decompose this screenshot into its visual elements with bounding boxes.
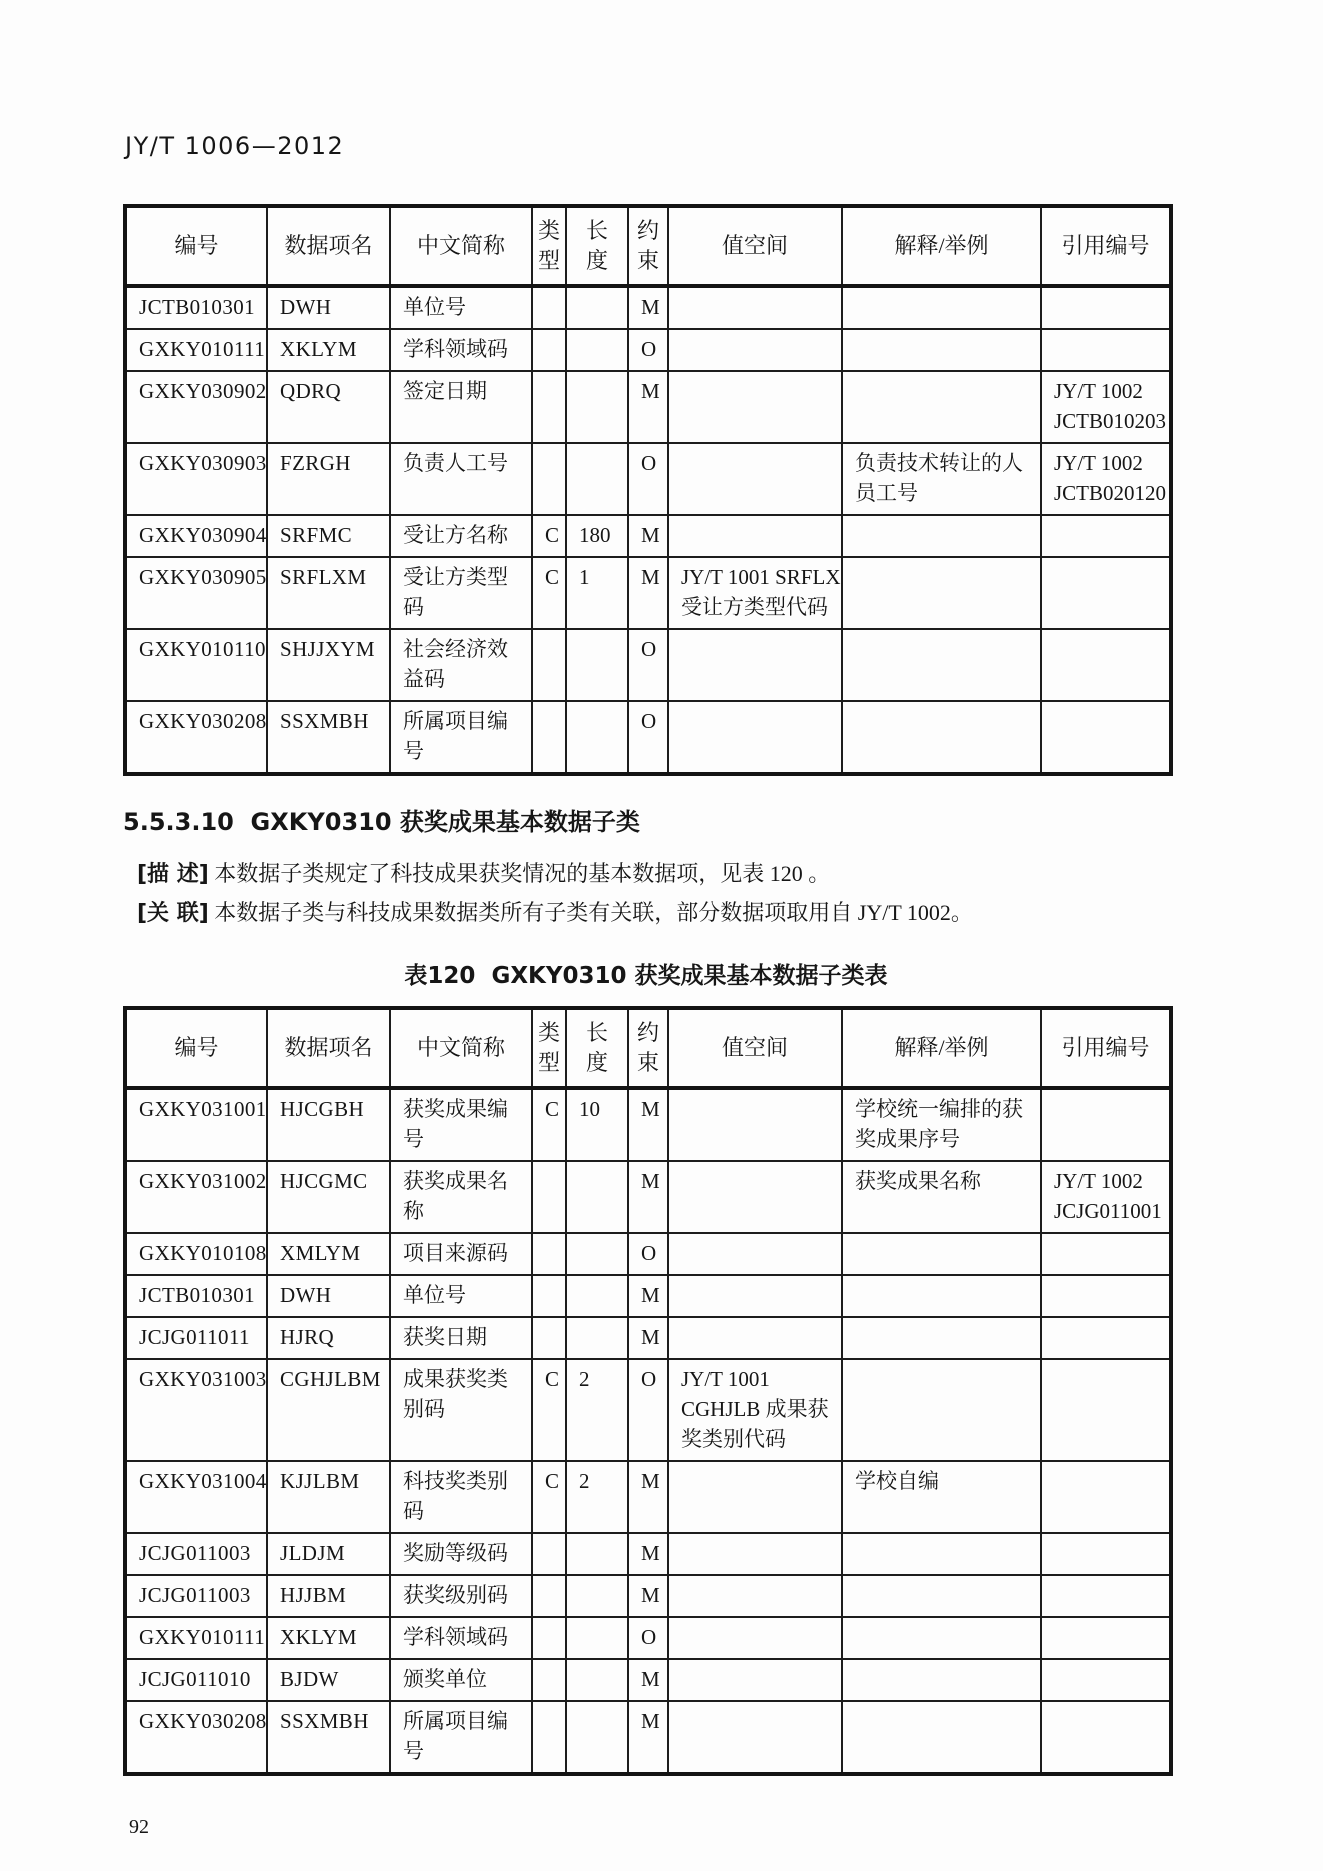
- cell-col5: O: [628, 1233, 668, 1275]
- cell-col8: [1041, 1461, 1171, 1533]
- relation-text: 本数据子类与科技成果数据类所有子类有关联，部分数据项取用自 JY/T 1002。: [209, 900, 973, 925]
- cell-col7: [842, 329, 1041, 371]
- cell-col3: C: [532, 1088, 566, 1161]
- cell-col7: 获奖成果名称: [842, 1161, 1041, 1233]
- cell-col1: DWH: [267, 286, 390, 329]
- cell-col6: [668, 1317, 842, 1359]
- table-row: JCTB010301DWH单位号M: [125, 286, 1171, 329]
- cell-col5: O: [628, 329, 668, 371]
- column-header: 长度: [566, 1008, 628, 1088]
- cell-col8: [1041, 286, 1171, 329]
- cell-col3: C: [532, 557, 566, 629]
- cell-col1: KJJLBM: [267, 1461, 390, 1533]
- cell-col1: SSXMBH: [267, 1701, 390, 1774]
- cell-col1: JLDJM: [267, 1533, 390, 1575]
- column-header: 值空间: [668, 1008, 842, 1088]
- cell-col0: JCTB010301: [125, 1275, 267, 1317]
- cell-col0: GXKY010110: [125, 629, 267, 701]
- cell-col5: M: [628, 286, 668, 329]
- page-content: JY/T 1006—2012 编号数据项名中文简称类型长度约束值空间解释/举例引…: [123, 132, 1169, 1839]
- cell-col2: 学科领域码: [390, 329, 532, 371]
- column-header: 中文简称: [390, 1008, 532, 1088]
- cell-col1: HJJBM: [267, 1575, 390, 1617]
- cell-col1: BJDW: [267, 1659, 390, 1701]
- cell-col6: [668, 1533, 842, 1575]
- cell-col7: [842, 515, 1041, 557]
- cell-col6: [668, 1088, 842, 1161]
- cell-col2: 获奖成果名称: [390, 1161, 532, 1233]
- cell-col2: 奖励等级码: [390, 1533, 532, 1575]
- cell-col4: [566, 629, 628, 701]
- table-row: GXKY030902QDRQ签定日期MJY/T 1002JCTB010203: [125, 371, 1171, 443]
- cell-col4: 10: [566, 1088, 628, 1161]
- cell-col3: [532, 286, 566, 329]
- cell-col4: [566, 1161, 628, 1233]
- cell-col2: 获奖成果编号: [390, 1088, 532, 1161]
- cell-col5: O: [628, 1617, 668, 1659]
- column-header: 约束: [628, 1008, 668, 1088]
- cell-col0: JCJG011003: [125, 1575, 267, 1617]
- cell-col4: 2: [566, 1359, 628, 1461]
- cell-col5: M: [628, 1161, 668, 1233]
- cell-col7: [842, 371, 1041, 443]
- table-row: GXKY031002HJCGMC获奖成果名称M获奖成果名称JY/T 1002JC…: [125, 1161, 1171, 1233]
- cell-col2: 获奖日期: [390, 1317, 532, 1359]
- cell-col6: [668, 1575, 842, 1617]
- column-header: 类型: [532, 206, 566, 286]
- cell-col7: 学校自编: [842, 1461, 1041, 1533]
- cell-col5: M: [628, 1575, 668, 1617]
- data-subclass-table-2: 编号数据项名中文简称类型长度约束值空间解释/举例引用编号GXKY031001HJ…: [123, 1006, 1173, 1776]
- cell-col7: [842, 1659, 1041, 1701]
- table-row: GXKY030903FZRGH负责人工号O负责技术转让的人员工号JY/T 100…: [125, 443, 1171, 515]
- section-heading: 5.5.3.10 GXKY0310 获奖成果基本数据子类: [123, 802, 1169, 837]
- doc-code: JY/T 1006—2012: [125, 132, 1169, 160]
- cell-col2: 签定日期: [390, 371, 532, 443]
- cell-col1: HJCGBH: [267, 1088, 390, 1161]
- cell-col4: [566, 1317, 628, 1359]
- table-row: GXKY030905SRFLXM受让方类型码C1MJY/T 1001 SRFLX…: [125, 557, 1171, 629]
- table-row: GXKY010108XMLYM项目来源码O: [125, 1233, 1171, 1275]
- table-caption: 表120 GXKY0310 获奖成果基本数据子类表: [123, 957, 1169, 990]
- cell-col6: [668, 1701, 842, 1774]
- table-row: GXKY031004KJJLBM科技奖类别码C2M学校自编: [125, 1461, 1171, 1533]
- cell-col8: JY/T 1002JCTB010203: [1041, 371, 1171, 443]
- cell-col6: [668, 443, 842, 515]
- cell-col8: [1041, 1659, 1171, 1701]
- cell-col7: [842, 1317, 1041, 1359]
- page-number: 92: [129, 1816, 1169, 1839]
- table-row: JCJG011003HJJBM获奖级别码M: [125, 1575, 1171, 1617]
- cell-col4: [566, 1617, 628, 1659]
- column-header: 编号: [125, 206, 267, 286]
- cell-col6: [668, 1659, 842, 1701]
- cell-col0: GXKY010111: [125, 1617, 267, 1659]
- cell-col1: QDRQ: [267, 371, 390, 443]
- cell-col8: [1041, 557, 1171, 629]
- cell-col0: JCJG011010: [125, 1659, 267, 1701]
- cell-col2: 科技奖类别码: [390, 1461, 532, 1533]
- cell-col8: [1041, 1275, 1171, 1317]
- column-header: 值空间: [668, 206, 842, 286]
- table-row: GXKY010110SHJJXYM社会经济效益码O: [125, 629, 1171, 701]
- cell-col8: JY/T 1002JCJG011001: [1041, 1161, 1171, 1233]
- cell-col8: [1041, 515, 1171, 557]
- cell-col7: [842, 1575, 1041, 1617]
- cell-col3: [532, 1701, 566, 1774]
- cell-col6: [668, 286, 842, 329]
- cell-col7: [842, 629, 1041, 701]
- cell-col6: [668, 329, 842, 371]
- cell-col0: GXKY030904: [125, 515, 267, 557]
- cell-col6: [668, 701, 842, 774]
- cell-col0: GXKY030208: [125, 701, 267, 774]
- cell-col7: [842, 1617, 1041, 1659]
- cell-col3: [532, 1233, 566, 1275]
- column-header: 解释/举例: [842, 1008, 1041, 1088]
- column-header: 类型: [532, 1008, 566, 1088]
- description-text: 本数据子类规定了科技成果获奖情况的基本数据项，见表 120 。: [209, 861, 831, 886]
- cell-col5: M: [628, 1275, 668, 1317]
- cell-col7: 负责技术转让的人员工号: [842, 443, 1041, 515]
- cell-col1: XMLYM: [267, 1233, 390, 1275]
- cell-col3: [532, 629, 566, 701]
- cell-col1: DWH: [267, 1275, 390, 1317]
- column-header: 引用编号: [1041, 206, 1171, 286]
- cell-col8: [1041, 1701, 1171, 1774]
- cell-col0: GXKY031002: [125, 1161, 267, 1233]
- cell-col2: 所属项目编号: [390, 701, 532, 774]
- cell-col8: [1041, 329, 1171, 371]
- table-row: JCTB010301DWH单位号M: [125, 1275, 1171, 1317]
- cell-col3: [532, 1575, 566, 1617]
- cell-col5: O: [628, 1359, 668, 1461]
- cell-col1: XKLYM: [267, 329, 390, 371]
- cell-col5: M: [628, 1461, 668, 1533]
- cell-col6: [668, 1275, 842, 1317]
- cell-col7: [842, 1275, 1041, 1317]
- header-row: 编号数据项名中文简称类型长度约束值空间解释/举例引用编号: [125, 1008, 1171, 1088]
- cell-col4: [566, 286, 628, 329]
- column-header: 数据项名: [267, 1008, 390, 1088]
- relation-paragraph: [关 联] 本数据子类与科技成果数据类所有子类有关联，部分数据项取用自 JY/T…: [137, 896, 1169, 931]
- cell-col0: GXKY010111: [125, 329, 267, 371]
- cell-col6: JY/T 1001CGHJLB 成果获奖类别代码: [668, 1359, 842, 1461]
- cell-col2: 单位号: [390, 1275, 532, 1317]
- cell-col3: [532, 1161, 566, 1233]
- cell-col6: [668, 515, 842, 557]
- cell-col8: [1041, 629, 1171, 701]
- column-header: 编号: [125, 1008, 267, 1088]
- table-row: GXKY030904SRFMC受让方名称C180M: [125, 515, 1171, 557]
- description-paragraph: [描 述] 本数据子类规定了科技成果获奖情况的基本数据项，见表 120 。: [137, 857, 1169, 892]
- cell-col2: 学科领域码: [390, 1617, 532, 1659]
- cell-col8: [1041, 1359, 1171, 1461]
- cell-col0: GXKY031003: [125, 1359, 267, 1461]
- cell-col4: 1: [566, 557, 628, 629]
- cell-col1: FZRGH: [267, 443, 390, 515]
- cell-col4: [566, 443, 628, 515]
- cell-col5: O: [628, 629, 668, 701]
- cell-col2: 颁奖单位: [390, 1659, 532, 1701]
- table-row: JCJG011010BJDW颁奖单位M: [125, 1659, 1171, 1701]
- cell-col5: O: [628, 443, 668, 515]
- cell-col7: [842, 1533, 1041, 1575]
- cell-col2: 社会经济效益码: [390, 629, 532, 701]
- cell-col3: [532, 1317, 566, 1359]
- cell-col2: 负责人工号: [390, 443, 532, 515]
- cell-col5: M: [628, 515, 668, 557]
- cell-col4: 2: [566, 1461, 628, 1533]
- cell-col1: SSXMBH: [267, 701, 390, 774]
- cell-col6: [668, 1617, 842, 1659]
- cell-col5: M: [628, 371, 668, 443]
- cell-col5: M: [628, 557, 668, 629]
- cell-col8: [1041, 1617, 1171, 1659]
- table-row: GXKY010111XKLYM学科领域码O: [125, 1617, 1171, 1659]
- cell-col7: [842, 701, 1041, 774]
- column-header: 约束: [628, 206, 668, 286]
- cell-col7: 学校统一编排的获奖成果序号: [842, 1088, 1041, 1161]
- cell-col2: 项目来源码: [390, 1233, 532, 1275]
- cell-col0: GXKY030208: [125, 1701, 267, 1774]
- cell-col3: [532, 1617, 566, 1659]
- cell-col1: HJCGMC: [267, 1161, 390, 1233]
- cell-col4: [566, 701, 628, 774]
- cell-col6: JY/T 1001 SRFLX受让方类型代码: [668, 557, 842, 629]
- cell-col6: [668, 1233, 842, 1275]
- cell-col0: JCTB010301: [125, 286, 267, 329]
- relation-label: [关 联]: [137, 901, 209, 926]
- cell-col7: [842, 286, 1041, 329]
- cell-col2: 单位号: [390, 286, 532, 329]
- cell-col0: GXKY030903: [125, 443, 267, 515]
- cell-col3: [532, 329, 566, 371]
- cell-col3: C: [532, 1359, 566, 1461]
- cell-col3: [532, 701, 566, 774]
- cell-col4: [566, 1533, 628, 1575]
- cell-col0: GXKY031004: [125, 1461, 267, 1533]
- cell-col3: [532, 1533, 566, 1575]
- cell-col3: C: [532, 1461, 566, 1533]
- column-header: 解释/举例: [842, 206, 1041, 286]
- cell-col1: SHJJXYM: [267, 629, 390, 701]
- cell-col7: [842, 1359, 1041, 1461]
- cell-col8: [1041, 1317, 1171, 1359]
- cell-col4: [566, 1233, 628, 1275]
- cell-col7: [842, 1233, 1041, 1275]
- cell-col2: 获奖级别码: [390, 1575, 532, 1617]
- cell-col5: M: [628, 1533, 668, 1575]
- cell-col3: [532, 1275, 566, 1317]
- cell-col7: [842, 1701, 1041, 1774]
- cell-col8: [1041, 1088, 1171, 1161]
- column-header: 引用编号: [1041, 1008, 1171, 1088]
- cell-col1: SRFMC: [267, 515, 390, 557]
- cell-col7: [842, 557, 1041, 629]
- table-row: JCJG011003JLDJM奖励等级码M: [125, 1533, 1171, 1575]
- cell-col4: [566, 329, 628, 371]
- cell-col0: JCJG011003: [125, 1533, 267, 1575]
- cell-col6: [668, 1461, 842, 1533]
- cell-col1: CGHJLBM: [267, 1359, 390, 1461]
- cell-col2: 成果获奖类别码: [390, 1359, 532, 1461]
- cell-col3: C: [532, 515, 566, 557]
- cell-col2: 受让方名称: [390, 515, 532, 557]
- cell-col5: M: [628, 1701, 668, 1774]
- table-row: JCJG011011HJRQ获奖日期M: [125, 1317, 1171, 1359]
- cell-col6: [668, 1161, 842, 1233]
- cell-col8: [1041, 1533, 1171, 1575]
- table-row: GXKY030208SSXMBH所属项目编号O: [125, 701, 1171, 774]
- cell-col0: GXKY031001: [125, 1088, 267, 1161]
- cell-col8: [1041, 1575, 1171, 1617]
- table-row: GXKY031003CGHJLBM成果获奖类别码C2OJY/T 1001CGHJ…: [125, 1359, 1171, 1461]
- cell-col4: [566, 1659, 628, 1701]
- cell-col3: [532, 371, 566, 443]
- cell-col8: [1041, 701, 1171, 774]
- cell-col4: [566, 1701, 628, 1774]
- cell-col0: GXKY010108: [125, 1233, 267, 1275]
- cell-col0: GXKY030905: [125, 557, 267, 629]
- cell-col4: 180: [566, 515, 628, 557]
- column-header: 中文简称: [390, 206, 532, 286]
- cell-col0: JCJG011011: [125, 1317, 267, 1359]
- table-row: GXKY010111XKLYM学科领域码O: [125, 329, 1171, 371]
- cell-col2: 受让方类型码: [390, 557, 532, 629]
- cell-col2: 所属项目编号: [390, 1701, 532, 1774]
- column-header: 长度: [566, 206, 628, 286]
- cell-col3: [532, 1659, 566, 1701]
- cell-col5: O: [628, 701, 668, 774]
- table-row: GXKY030208SSXMBH所属项目编号M: [125, 1701, 1171, 1774]
- description-label: [描 述]: [137, 862, 209, 887]
- cell-col4: [566, 1275, 628, 1317]
- cell-col8: JY/T 1002JCTB020120: [1041, 443, 1171, 515]
- cell-col3: [532, 443, 566, 515]
- cell-col8: [1041, 1233, 1171, 1275]
- table-row: GXKY031001HJCGBH获奖成果编号C10M学校统一编排的获奖成果序号: [125, 1088, 1171, 1161]
- cell-col5: M: [628, 1088, 668, 1161]
- data-subclass-table-1: 编号数据项名中文简称类型长度约束值空间解释/举例引用编号JCTB010301DW…: [123, 204, 1173, 776]
- header-row: 编号数据项名中文简称类型长度约束值空间解释/举例引用编号: [125, 206, 1171, 286]
- cell-col1: HJRQ: [267, 1317, 390, 1359]
- cell-col5: M: [628, 1659, 668, 1701]
- cell-col4: [566, 1575, 628, 1617]
- cell-col4: [566, 371, 628, 443]
- cell-col0: GXKY030902: [125, 371, 267, 443]
- cell-col5: M: [628, 1317, 668, 1359]
- column-header: 数据项名: [267, 206, 390, 286]
- cell-col6: [668, 371, 842, 443]
- cell-col1: XKLYM: [267, 1617, 390, 1659]
- cell-col1: SRFLXM: [267, 557, 390, 629]
- cell-col6: [668, 629, 842, 701]
